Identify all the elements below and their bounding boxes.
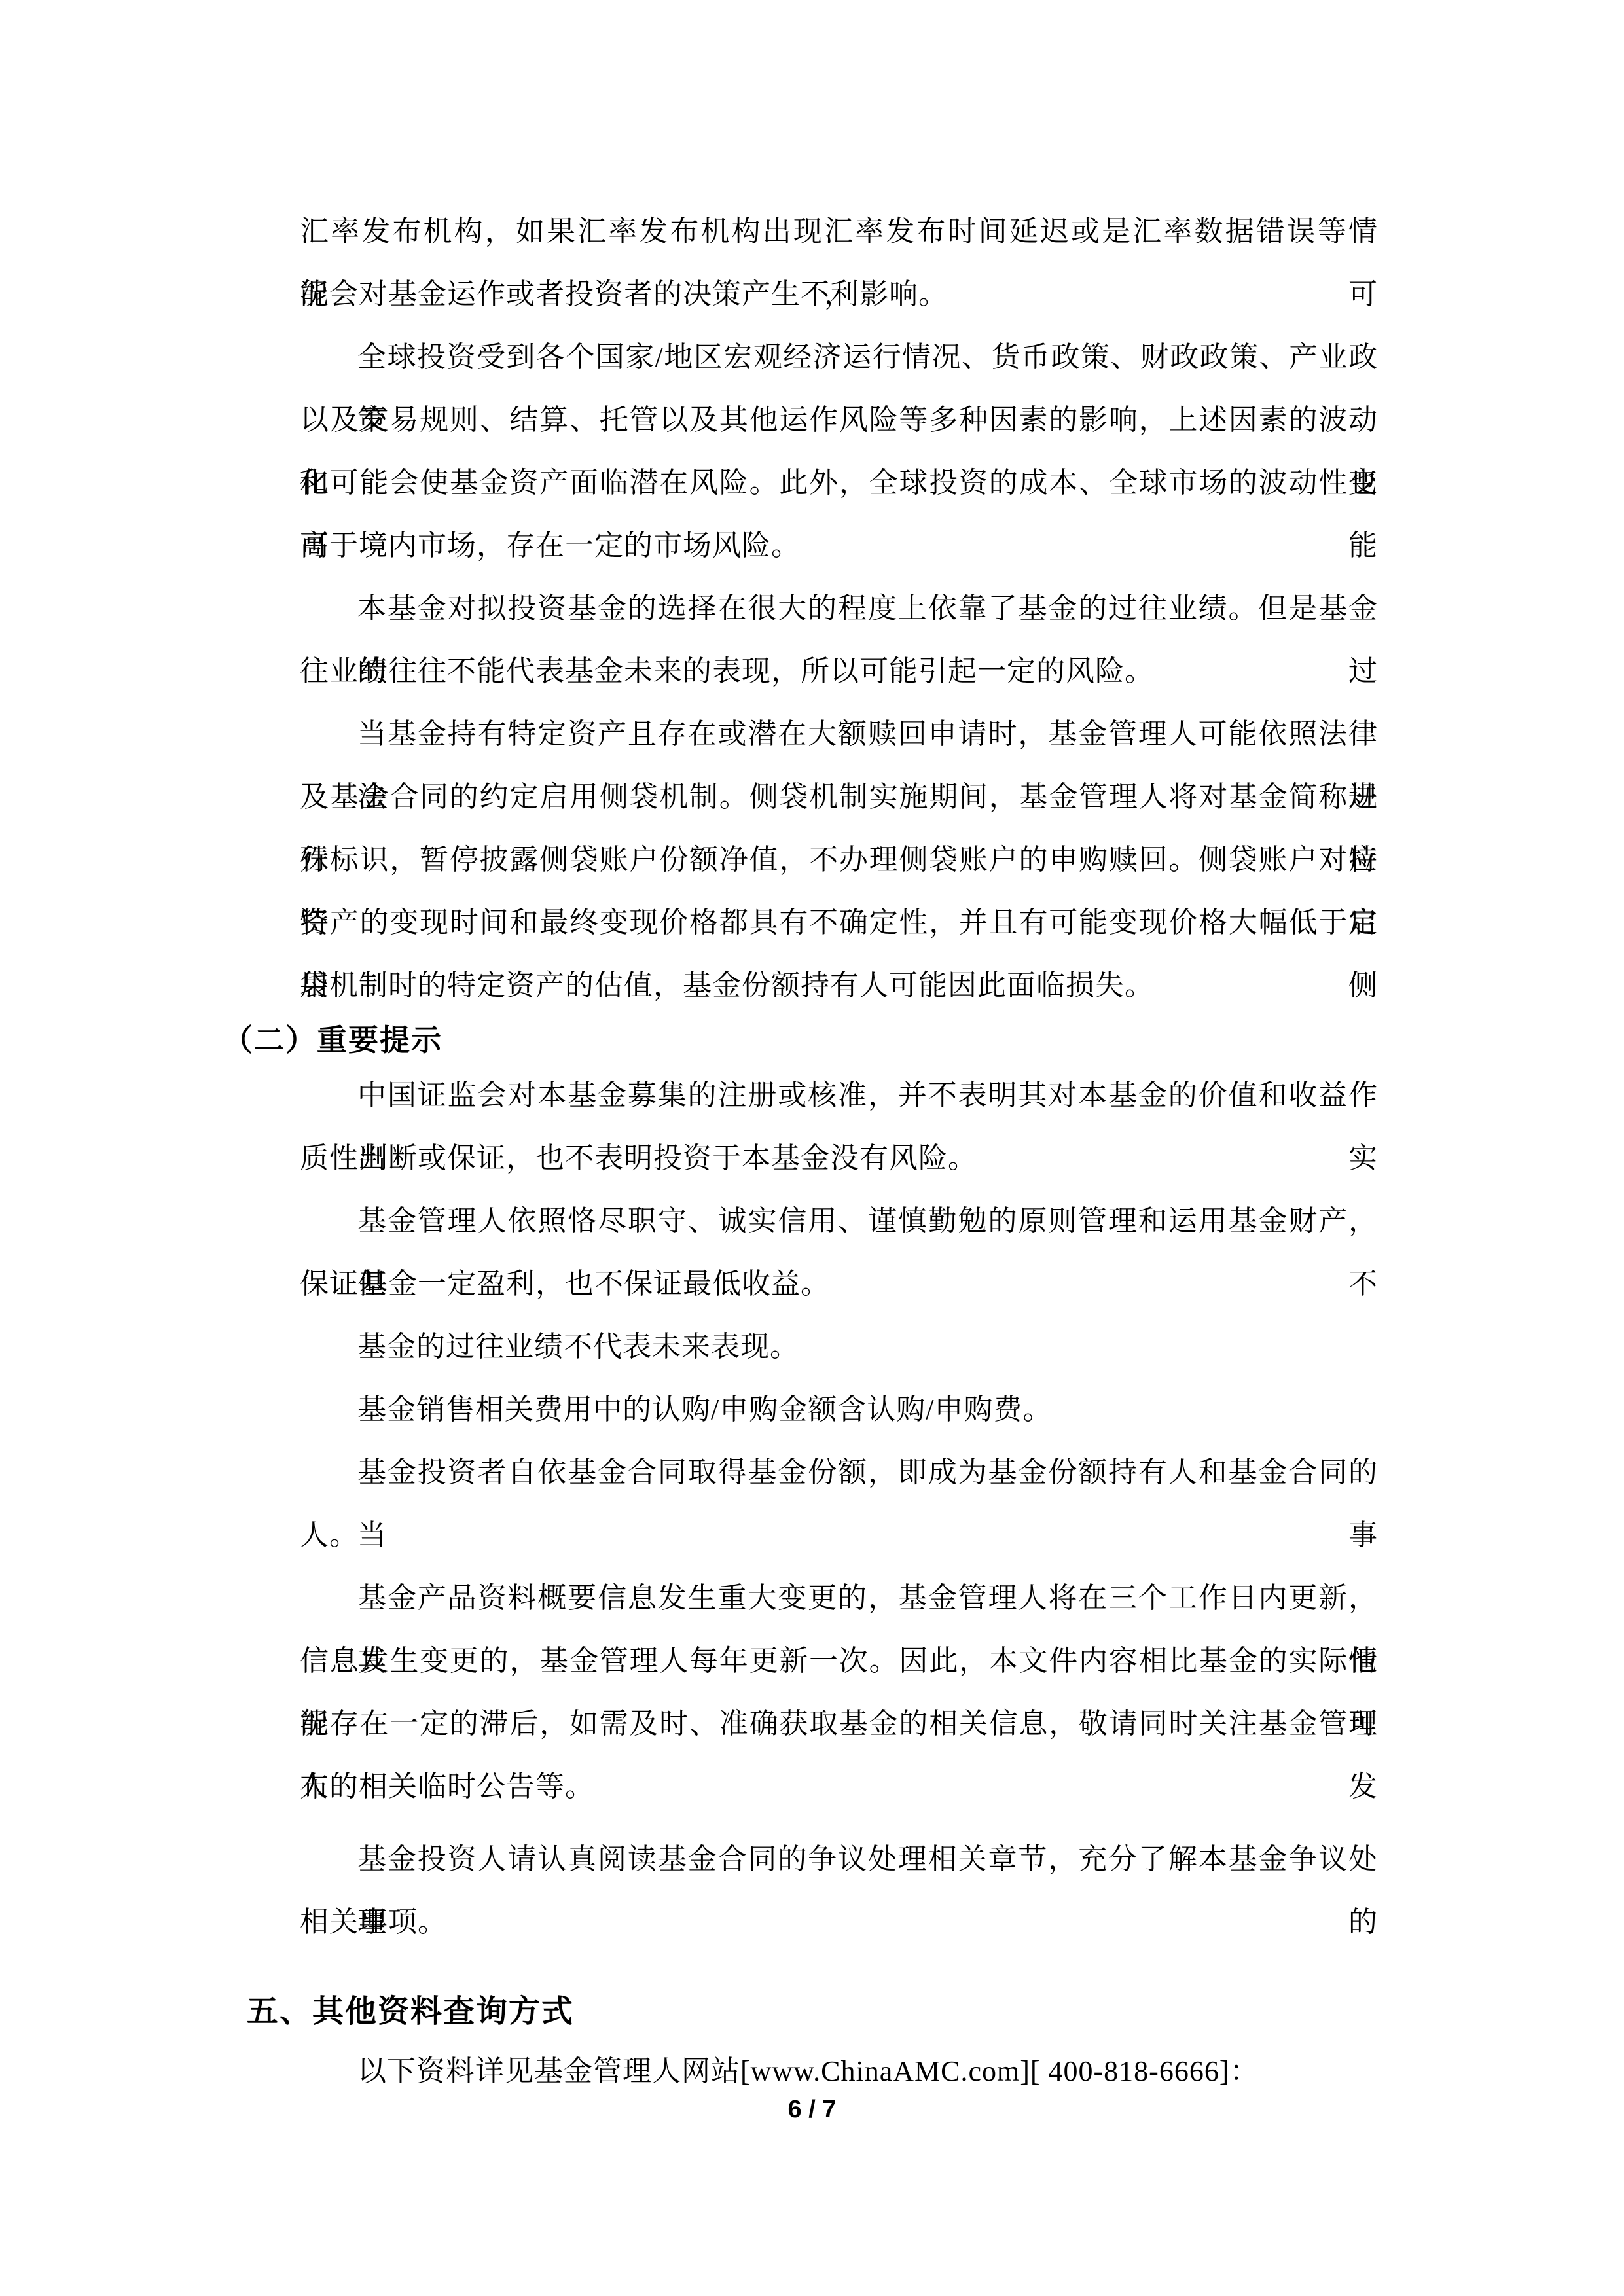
paragraph: 本基金对拟投资基金的选择在很大的程度上依靠了基金的过往业绩。但是基金的过 往业绩… [300, 577, 1378, 703]
page-number: 6 / 7 [0, 2094, 1624, 2125]
paragraph: 汇率发布机构，如果汇率发布机构出现汇率发布时间延迟或是汇率数据错误等情况，可 能… [300, 200, 1378, 326]
paragraph-line: 殊标识，暂停披露侧袋账户份额净值，不办理侧袋账户的申购赎回。侧袋账户对应特定 [300, 829, 1378, 891]
paragraph: 基金投资者自依基金合同取得基金份额，即成为基金份额持有人和基金合同的当事 人。 [300, 1441, 1378, 1567]
paragraph-line: 本基金对拟投资基金的选择在很大的程度上依靠了基金的过往业绩。但是基金的过 [300, 577, 1378, 640]
paragraph-line: 以及交易规则、结算、托管以及其他运作风险等多种因素的影响，上述因素的波动和变 [300, 389, 1378, 452]
paragraph: 基金产品资料概要信息发生重大变更的，基金管理人将在三个工作日内更新，其他 信息发… [300, 1567, 1378, 1818]
paragraph-line: 基金产品资料概要信息发生重大变更的，基金管理人将在三个工作日内更新，其他 [300, 1567, 1378, 1630]
paragraph-line: 中国证监会对本基金募集的注册或核准，并不表明其对本基金的价值和收益作出实 [300, 1064, 1378, 1127]
paragraph-line: 资产的变现时间和最终变现价格都具有不确定性，并且有可能变现价格大幅低于启用侧 [300, 891, 1378, 954]
paragraph: 全球投资受到各个国家/地区宏观经济运行情况、货币政策、财政政策、产业政策 以及交… [300, 326, 1378, 577]
paragraph-line: 及基金合同的约定启用侧袋机制。侧袋机制实施期间，基金管理人将对基金简称进行特 [300, 766, 1378, 829]
document-page: 汇率发布机构，如果汇率发布机构出现汇率发布时间延迟或是汇率数据错误等情况，可 能… [0, 0, 1624, 2296]
section-heading-important-notes: （二）重要提示 [223, 1017, 1378, 1064]
paragraph-line: 化可能会使基金资产面临潜在风险。此外，全球投资的成本、全球市场的波动性也可能 [300, 452, 1378, 514]
text-column: 汇率发布机构，如果汇率发布机构出现汇率发布时间延迟或是汇率数据错误等情况，可 能… [300, 200, 1378, 2103]
paragraph: 基金投资人请认真阅读基金合同的争议处理相关章节，充分了解本基金争议处理的 相关事… [300, 1828, 1378, 1954]
paragraph-line: 以下资料详见基金管理人网站[www.ChinaAMC.com][ 400-818… [300, 2040, 1378, 2103]
paragraph-line: 汇率发布机构，如果汇率发布机构出现汇率发布时间延迟或是汇率数据错误等情况，可 [300, 200, 1378, 263]
paragraph: 基金的过往业绩不代表未来表现。 [300, 1316, 1378, 1378]
paragraph-line: 基金投资者自依基金合同取得基金份额，即成为基金份额持有人和基金合同的当事 [300, 1441, 1378, 1504]
paragraph-line: 基金管理人依照恪尽职守、诚实信用、谨慎勤勉的原则管理和运用基金财产，但不 [300, 1190, 1378, 1253]
paragraph: 中国证监会对本基金募集的注册或核准，并不表明其对本基金的价值和收益作出实 质性判… [300, 1064, 1378, 1190]
paragraph-line: 基金的过往业绩不代表未来表现。 [300, 1316, 1378, 1378]
paragraph: 基金管理人依照恪尽职守、诚实信用、谨慎勤勉的原则管理和运用基金财产，但不 保证基… [300, 1190, 1378, 1316]
paragraph-line: 当基金持有特定资产且存在或潜在大额赎回申请时，基金管理人可能依照法律法规 [300, 703, 1378, 766]
section-heading-other-info: 五、其他资料查询方式 [247, 1984, 1378, 2040]
paragraph: 基金销售相关费用中的认购/申购金额含认购/申购费。 [300, 1378, 1378, 1441]
paragraph: 以下资料详见基金管理人网站[www.ChinaAMC.com][ 400-818… [300, 2040, 1378, 2103]
paragraph-line: 基金销售相关费用中的认购/申购金额含认购/申购费。 [300, 1378, 1378, 1441]
paragraph-line: 信息发生变更的，基金管理人每年更新一次。因此，本文件内容相比基金的实际情况可 [300, 1630, 1378, 1693]
paragraph-line: 基金投资人请认真阅读基金合同的争议处理相关章节，充分了解本基金争议处理的 [300, 1828, 1378, 1891]
paragraph: 当基金持有特定资产且存在或潜在大额赎回申请时，基金管理人可能依照法律法规 及基金… [300, 703, 1378, 1017]
paragraph-line: 能存在一定的滞后，如需及时、准确获取基金的相关信息，敬请同时关注基金管理人发 [300, 1693, 1378, 1755]
paragraph-line: 全球投资受到各个国家/地区宏观经济运行情况、货币政策、财政政策、产业政策 [300, 326, 1378, 389]
